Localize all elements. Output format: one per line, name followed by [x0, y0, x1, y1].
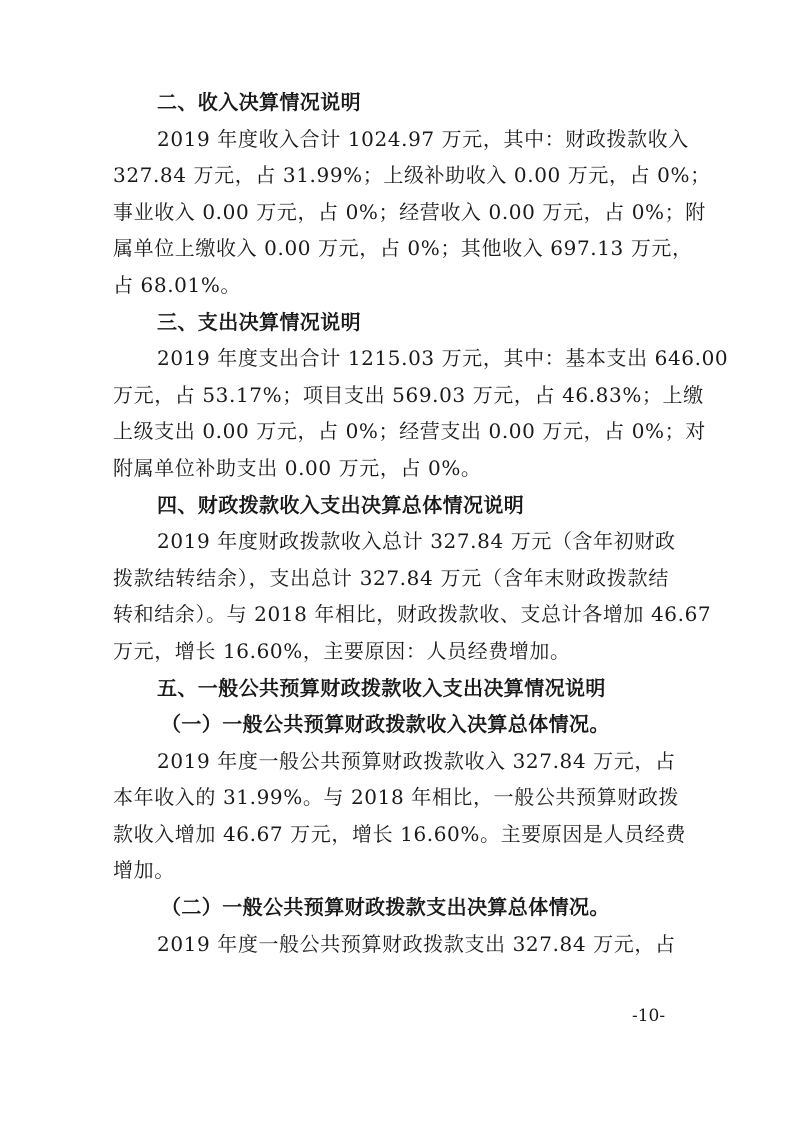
paragraph-line: 增加。 — [113, 852, 669, 889]
paragraph-line: 占 68.01%。 — [113, 267, 669, 304]
section-heading-expenditure: 三、支出决算情况说明 — [113, 304, 669, 341]
paragraph-line: 转和结余）。与 2018 年相比，财政拨款收、支总计各增加 46.67 — [113, 596, 669, 633]
paragraph-line: 事业收入 0.00 万元，占 0%；经营收入 0.00 万元，占 0%；附 — [113, 194, 669, 231]
paragraph-line: 2019 年度财政拨款收入总计 327.84 万元（含年初财政 — [113, 523, 669, 560]
subsection-heading-income: （一）一般公共预算财政拨款收入决算总体情况。 — [113, 706, 669, 743]
section-heading-fiscal-allocation: 四、财政拨款收入支出决算总体情况说明 — [113, 487, 669, 524]
paragraph-line: 2019 年度收入合计 1024.97 万元，其中：财政拨款收入 — [113, 121, 669, 158]
paragraph-line: 2019 年度支出合计 1215.03 万元，其中：基本支出 646.00 — [113, 340, 669, 377]
paragraph-line: 327.84 万元，占 31.99%；上级补助收入 0.00 万元，占 0%； — [113, 157, 669, 194]
paragraph-line: 万元，占 53.17%；项目支出 569.03 万元，占 46.83%；上缴 — [113, 377, 669, 414]
paragraph-line: 2019 年度一般公共预算财政拨款收入 327.84 万元，占 — [113, 743, 669, 780]
paragraph-line: 拨款结转结余），支出总计 327.84 万元（含年末财政拨款结 — [113, 560, 669, 597]
paragraph-line: 上级支出 0.00 万元，占 0%；经营支出 0.00 万元，占 0%；对 — [113, 413, 669, 450]
page-number: -10- — [632, 1006, 665, 1026]
paragraph-line: 附属单位补助支出 0.00 万元，占 0%。 — [113, 450, 669, 487]
paragraph-line: 万元，增长 16.60%，主要原因：人员经费增加。 — [113, 633, 669, 670]
subsection-heading-expenditure: （二）一般公共预算财政拨款支出决算总体情况。 — [113, 889, 669, 926]
paragraph-line: 本年收入的 31.99%。与 2018 年相比，一般公共预算财政拨 — [113, 779, 669, 816]
paragraph-line: 款收入增加 46.67 万元，增长 16.60%。主要原因是人员经费 — [113, 816, 669, 853]
section-heading-general-budget: 五、一般公共预算财政拨款收入支出决算情况说明 — [113, 670, 669, 707]
section-heading-income: 二、收入决算情况说明 — [113, 84, 669, 121]
document-page: 二、收入决算情况说明 2019 年度收入合计 1024.97 万元，其中：财政拨… — [113, 84, 669, 962]
paragraph-line: 属单位上缴收入 0.00 万元，占 0%；其他收入 697.13 万元， — [113, 230, 669, 267]
paragraph-line: 2019 年度一般公共预算财政拨款支出 327.84 万元，占 — [113, 926, 669, 963]
